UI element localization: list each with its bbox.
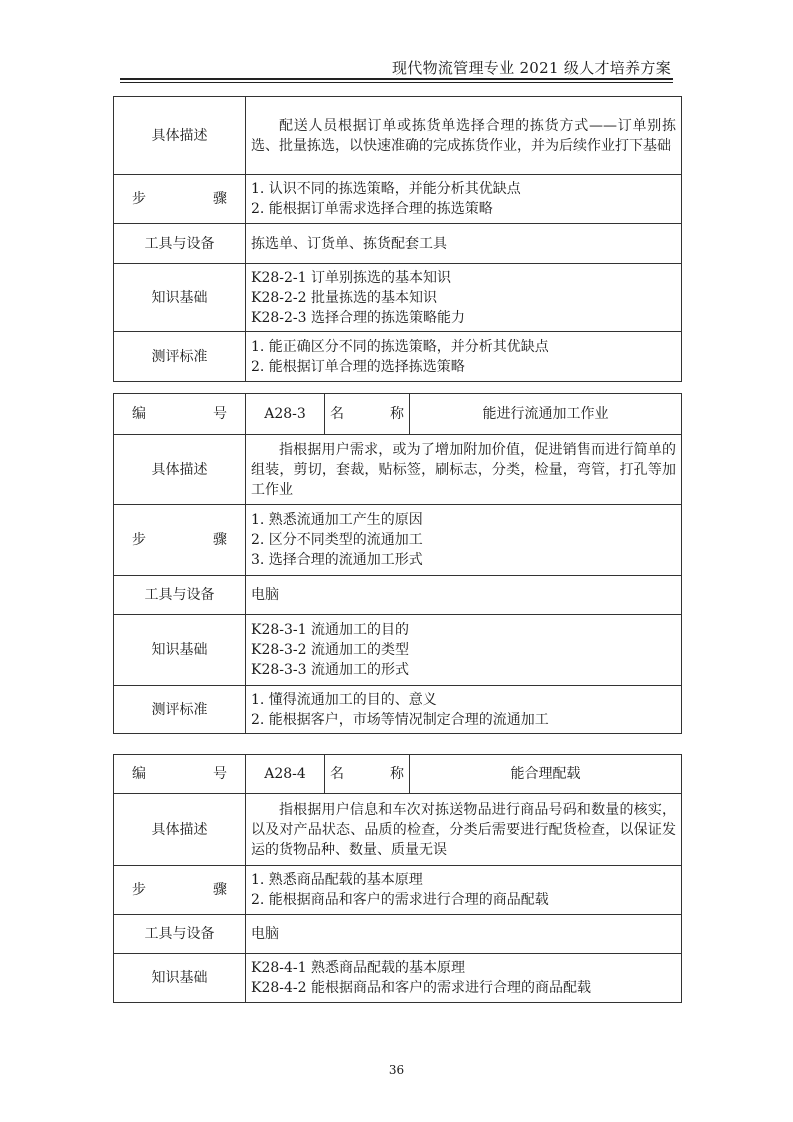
steps-label: 步 骤	[114, 175, 246, 224]
code-name-row: 编 号 A28-3 名 称 能进行流通加工作业	[114, 394, 682, 435]
assessment-item: 1. 能正确区分不同的拣选策略，并分析其优缺点	[251, 337, 676, 357]
knowledge-row: 知识基础 K28-2-1 订单别拣选的基本知识 K28-2-2 批量拣选的基本知…	[114, 264, 682, 332]
tools-label: 工具与设备	[114, 224, 246, 264]
name-value: 能合理配载	[410, 755, 682, 794]
knowledge-item: K28-4-2 能根据商品和客户的需求进行合理的商品配载	[251, 978, 676, 998]
description-label: 具体描述	[114, 97, 246, 175]
knowledge-item: K28-2-3 选择合理的拣选策略能力	[251, 308, 676, 328]
knowledge-list: K28-2-1 订单别拣选的基本知识 K28-2-2 批量拣选的基本知识 K28…	[246, 264, 682, 332]
knowledge-list: K28-4-1 熟悉商品配载的基本原理 K28-4-2 能根据商品和客户的需求进…	[246, 954, 682, 1003]
knowledge-item: K28-2-2 批量拣选的基本知识	[251, 288, 676, 308]
assessment-row: 测评标准 1. 懂得流通加工的目的、意义 2. 能根据客户，市场等情况制定合理的…	[114, 686, 682, 734]
knowledge-row: 知识基础 K28-3-1 流通加工的目的 K28-3-2 流通加工的类型 K28…	[114, 615, 682, 686]
step-item: 2. 能根据商品和客户的需求进行合理的商品配载	[251, 890, 676, 910]
assessment-list: 1. 能正确区分不同的拣选策略，并分析其优缺点 2. 能根据订单合理的选择拣选策…	[246, 332, 682, 382]
tools-label: 工具与设备	[114, 915, 246, 954]
code-value: A28-4	[246, 755, 325, 794]
assessment-item: 1. 懂得流通加工的目的、意义	[251, 690, 676, 710]
code-value: A28-3	[246, 394, 325, 435]
document-header-title: 现代物流管理专业 2021 级人才培养方案	[392, 57, 671, 78]
knowledge-item: K28-3-1 流通加工的目的	[251, 620, 676, 640]
knowledge-row: 知识基础 K28-4-1 熟悉商品配载的基本原理 K28-4-2 能根据商品和客…	[114, 954, 682, 1003]
knowledge-list: K28-3-1 流通加工的目的 K28-3-2 流通加工的类型 K28-3-3 …	[246, 615, 682, 686]
assessment-item: 2. 能根据客户，市场等情况制定合理的流通加工	[251, 710, 676, 730]
description-text: 指根据用户需求，或为了增加附加价值，促进销售而进行简单的组装，剪切，套裁，贴标签…	[246, 435, 682, 505]
steps-row: 步 骤 1. 认识不同的拣选策略，并能分析其优缺点 2. 能根据订单需求选择合理…	[114, 175, 682, 224]
knowledge-label: 知识基础	[114, 615, 246, 686]
description-row: 具体描述 配送人员根据订单或拣货单选择合理的拣货方式——订单别拣选、批量拣选，以…	[114, 97, 682, 175]
step-item: 2. 区分不同类型的流通加工	[251, 530, 676, 550]
assessment-list: 1. 懂得流通加工的目的、意义 2. 能根据客户，市场等情况制定合理的流通加工	[246, 686, 682, 734]
header-divider	[120, 78, 673, 83]
name-label: 名 称	[325, 394, 410, 435]
name-label: 名 称	[325, 755, 410, 794]
tools-label: 工具与设备	[114, 576, 246, 615]
competency-table-a28-4: 编 号 A28-4 名 称 能合理配载 具体描述 指根据用户信息和车次对拣送物品…	[113, 754, 682, 1003]
description-label: 具体描述	[114, 435, 246, 505]
steps-list: 1. 熟悉商品配载的基本原理 2. 能根据商品和客户的需求进行合理的商品配载	[246, 866, 682, 915]
knowledge-item: K28-2-1 订单别拣选的基本知识	[251, 268, 676, 288]
steps-list: 1. 认识不同的拣选策略，并能分析其优缺点 2. 能根据订单需求选择合理的拣选策…	[246, 175, 682, 224]
name-value: 能进行流通加工作业	[410, 394, 682, 435]
description-text: 配送人员根据订单或拣货单选择合理的拣货方式——订单别拣选、批量拣选，以快速准确的…	[246, 97, 682, 175]
knowledge-item: K28-3-3 流通加工的形式	[251, 660, 676, 680]
knowledge-item: K28-4-1 熟悉商品配载的基本原理	[251, 958, 676, 978]
tools-text: 拣选单、订货单、拣货配套工具	[246, 224, 682, 264]
tools-text: 电脑	[246, 915, 682, 954]
code-name-row: 编 号 A28-4 名 称 能合理配载	[114, 755, 682, 794]
tools-row: 工具与设备 电脑	[114, 576, 682, 615]
step-item: 1. 熟悉流通加工产生的原因	[251, 510, 676, 530]
code-label: 编 号	[114, 755, 246, 794]
competency-table-a28-2: 具体描述 配送人员根据订单或拣货单选择合理的拣货方式——订单别拣选、批量拣选，以…	[113, 96, 682, 382]
page-number: 36	[0, 1063, 793, 1077]
knowledge-label: 知识基础	[114, 264, 246, 332]
steps-label: 步 骤	[114, 505, 246, 576]
tools-text: 电脑	[246, 576, 682, 615]
step-item: 2. 能根据订单需求选择合理的拣选策略	[251, 199, 676, 219]
steps-row: 步 骤 1. 熟悉商品配载的基本原理 2. 能根据商品和客户的需求进行合理的商品…	[114, 866, 682, 915]
assessment-label: 测评标准	[114, 686, 246, 734]
tools-row: 工具与设备 拣选单、订货单、拣货配套工具	[114, 224, 682, 264]
assessment-label: 测评标准	[114, 332, 246, 382]
step-item: 3. 选择合理的流通加工形式	[251, 550, 676, 570]
steps-label: 步 骤	[114, 866, 246, 915]
description-row: 具体描述 指根据用户需求，或为了增加附加价值，促进销售而进行简单的组装，剪切，套…	[114, 435, 682, 505]
knowledge-item: K28-3-2 流通加工的类型	[251, 640, 676, 660]
description-row: 具体描述 指根据用户信息和车次对拣送物品进行商品号码和数量的核实，以及对产品状态…	[114, 794, 682, 866]
competency-table-a28-3: 编 号 A28-3 名 称 能进行流通加工作业 具体描述 指根据用户需求，或为了…	[113, 393, 682, 734]
step-item: 1. 熟悉商品配载的基本原理	[251, 870, 676, 890]
description-text: 指根据用户信息和车次对拣送物品进行商品号码和数量的核实，以及对产品状态、品质的检…	[246, 794, 682, 866]
steps-row: 步 骤 1. 熟悉流通加工产生的原因 2. 区分不同类型的流通加工 3. 选择合…	[114, 505, 682, 576]
assessment-row: 测评标准 1. 能正确区分不同的拣选策略，并分析其优缺点 2. 能根据订单合理的…	[114, 332, 682, 382]
assessment-item: 2. 能根据订单合理的选择拣选策略	[251, 357, 676, 377]
step-item: 1. 认识不同的拣选策略，并能分析其优缺点	[251, 179, 676, 199]
description-label: 具体描述	[114, 794, 246, 866]
tools-row: 工具与设备 电脑	[114, 915, 682, 954]
knowledge-label: 知识基础	[114, 954, 246, 1003]
steps-list: 1. 熟悉流通加工产生的原因 2. 区分不同类型的流通加工 3. 选择合理的流通…	[246, 505, 682, 576]
code-label: 编 号	[114, 394, 246, 435]
